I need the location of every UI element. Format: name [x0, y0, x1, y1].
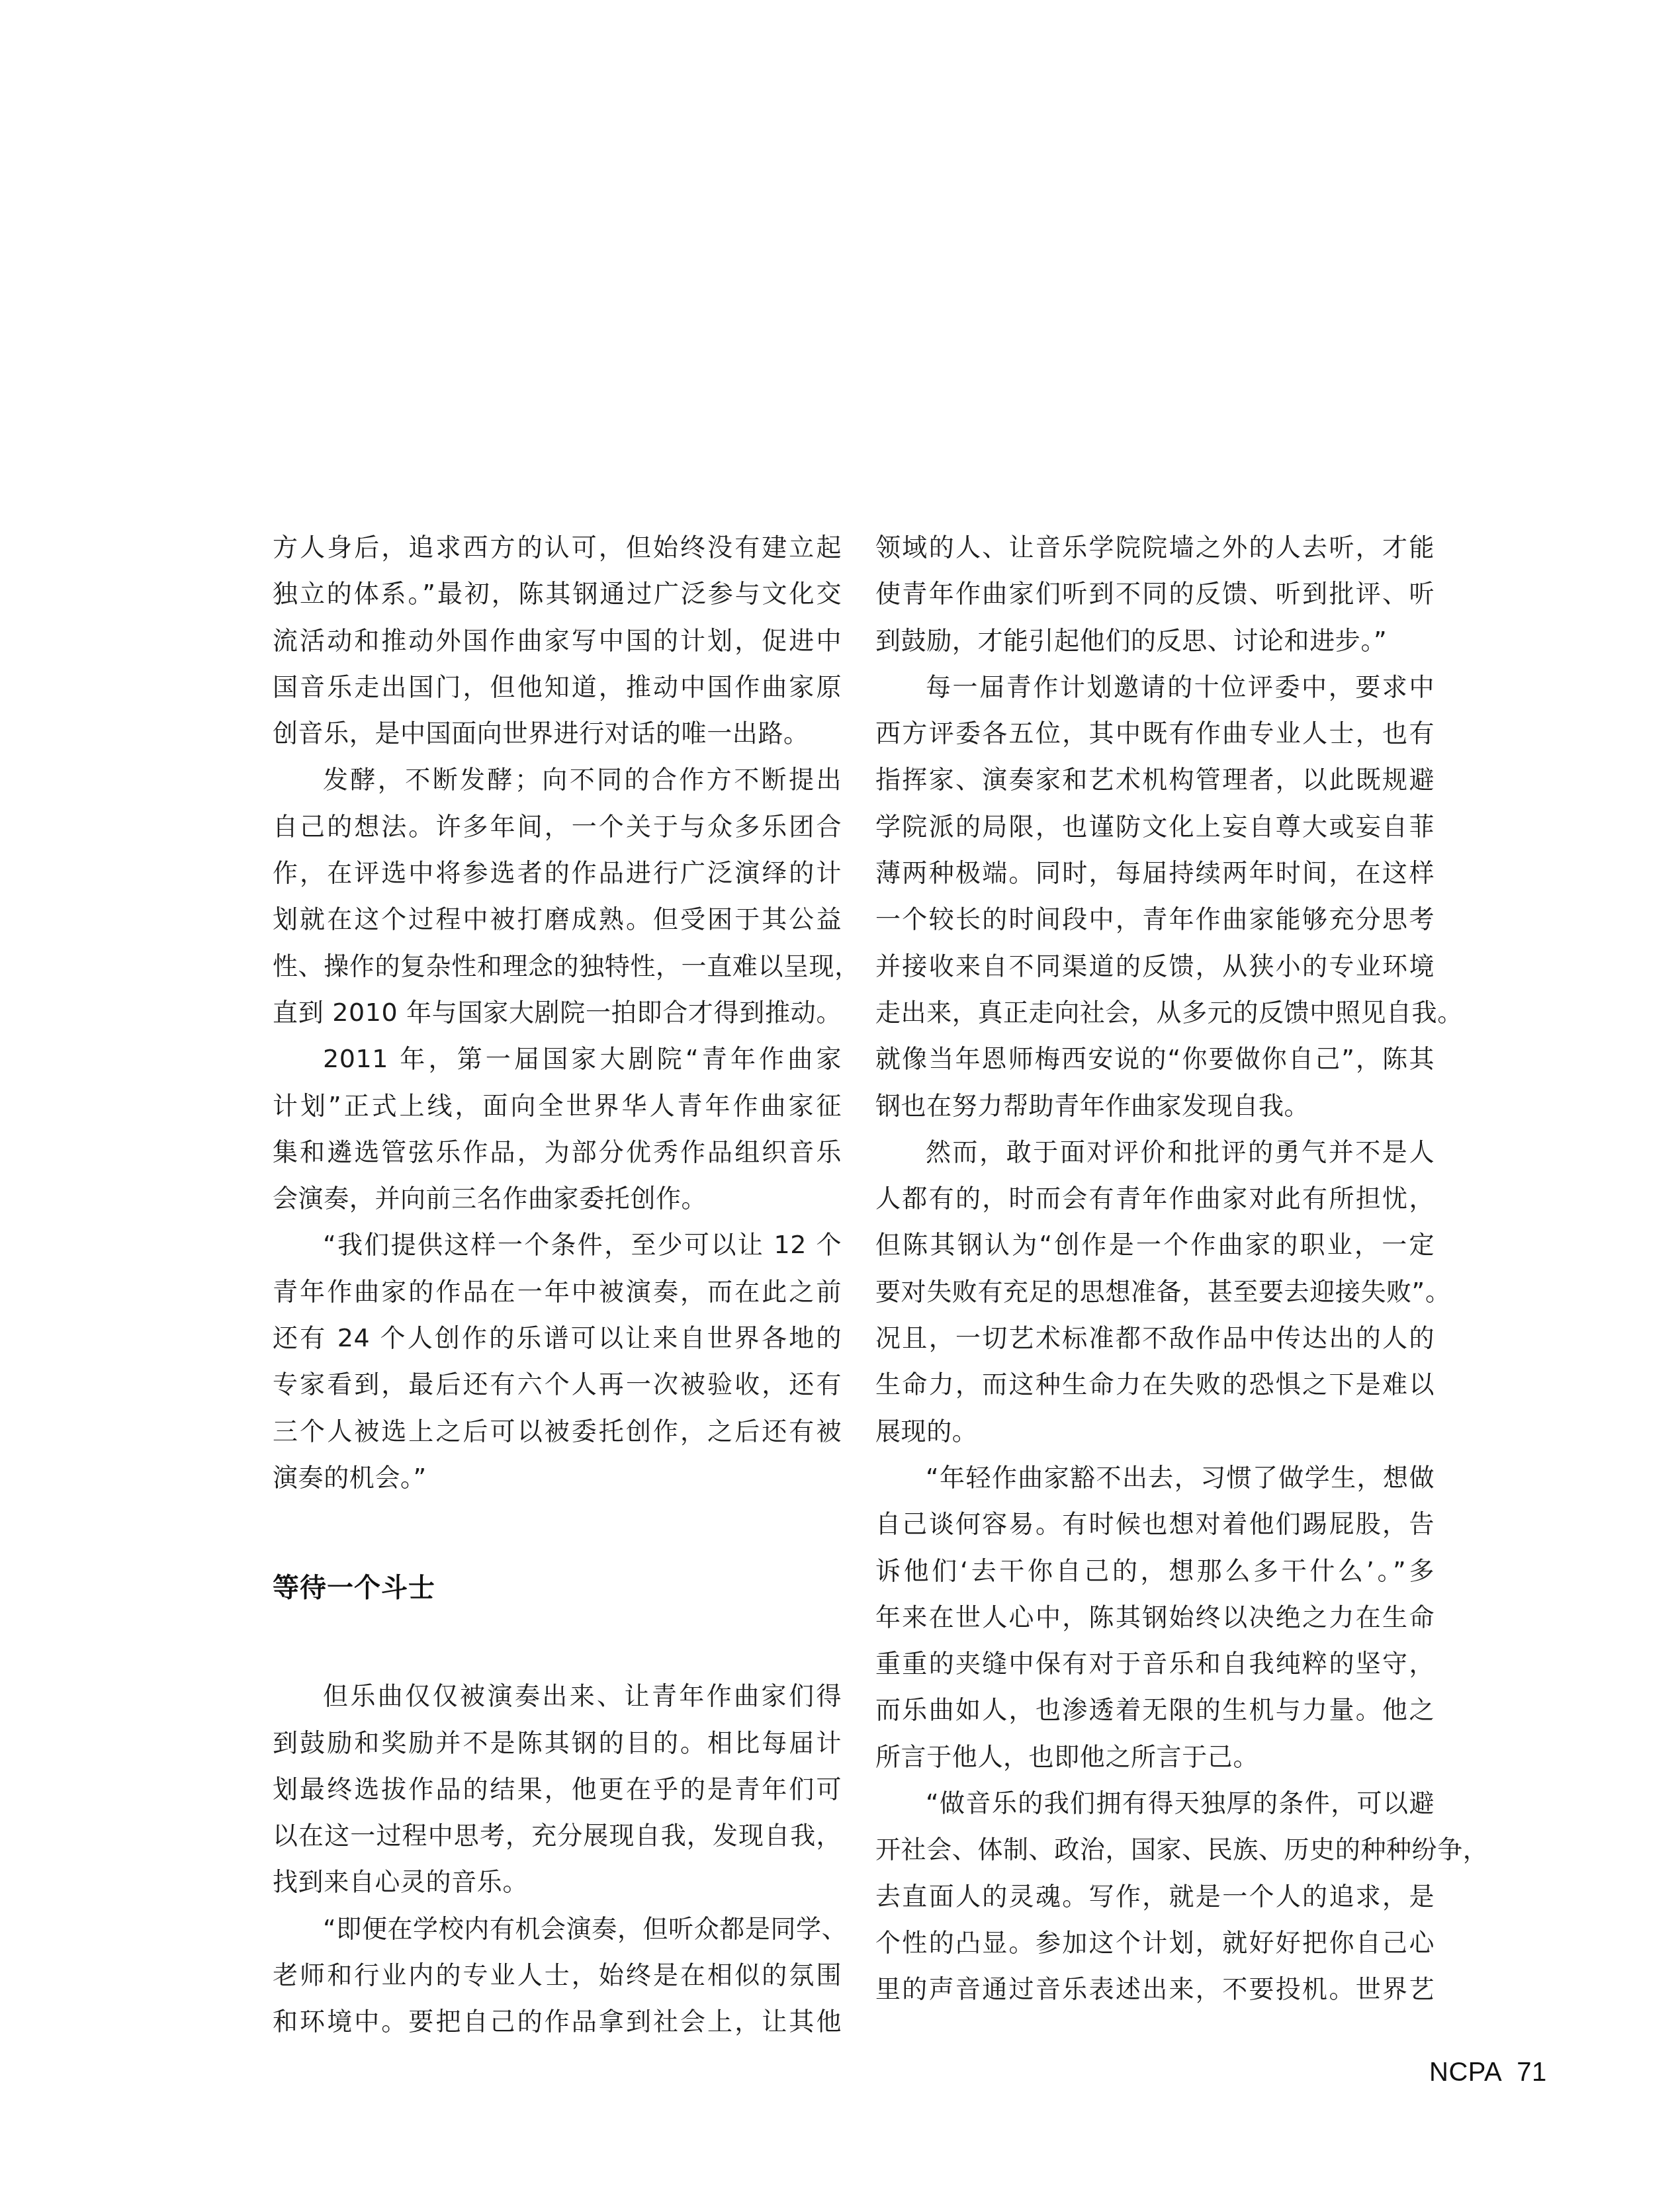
text-line: 创音乐，是中国面向世界进行对话的唯一出路。 [273, 710, 842, 756]
text-line: 专家看到，最后还有六个人再一次被验收，还有 [273, 1361, 842, 1407]
text-line: 方人身后，追求西方的认可，但始终没有建立起 [273, 524, 842, 570]
text-line: “我们提供这样一个条件，至少可以让 12 个 [273, 1221, 842, 1268]
section-heading: 等待一个斗士 [273, 1561, 842, 1614]
text-line: 但陈其钢认为“创作是一个作曲家的职业，一定 [875, 1221, 1435, 1268]
text-line: 集和遴选管弦乐作品，为部分优秀作品组织音乐 [273, 1129, 842, 1175]
text-line: 到鼓励和奖励并不是陈其钢的目的。相比每届计 [273, 1720, 842, 1766]
text-line: 使青年作曲家们听到不同的反馈、听到批评、听 [875, 570, 1435, 617]
text-line: 走出来，真正走向社会，从多元的反馈中照见自我。 [875, 989, 1435, 1035]
text-line: 发酵，不断发酵；向不同的合作方不断提出 [273, 756, 842, 803]
text-line: 个性的凸显。参加这个计划，就好好把你自己心 [875, 1919, 1435, 1966]
text-line: 划最终选拔作品的结果，他更在乎的是青年们可 [273, 1766, 842, 1812]
text-line: 里的声音通过音乐表述出来，不要投机。世界艺 [875, 1966, 1435, 2012]
left-column: 方人身后，追求西方的认可，但始终没有建立起 独立的体系。”最初，陈其钢通过广泛参… [273, 524, 842, 2045]
text-line: 性、操作的复杂性和理念的独特性，一直难以呈现， [273, 943, 842, 989]
text-line: 指挥家、演奏家和艺术机构管理者，以此既规避 [875, 756, 1435, 803]
text-line: 三个人被选上之后可以被委托创作，之后还有被 [273, 1408, 842, 1454]
text-line: 所言于他人，也即他之所言于己。 [875, 1733, 1435, 1780]
text-line: “即便在学校内有机会演奏，但听众都是同学、 [273, 1905, 842, 1952]
text-line: 独立的体系。”最初，陈其钢通过广泛参与文化交 [273, 570, 842, 617]
text-line: 2011 年，第一届国家大剧院“青年作曲家 [273, 1035, 842, 1082]
text-line: 流活动和推动外国作曲家写中国的计划，促进中 [273, 617, 842, 664]
text-line: 但乐曲仅仅被演奏出来、让青年作曲家们得 [273, 1673, 842, 1719]
text-line: 会演奏，并向前三名作曲家委托创作。 [273, 1175, 842, 1221]
text-line: 作，在评选中将参选者的作品进行广泛演绎的计 [273, 850, 842, 896]
text-line: 青年作曲家的作品在一年中被演奏，而在此之前 [273, 1268, 842, 1315]
right-column: 领域的人、让音乐学院院墙之外的人去听，才能 使青年作曲家们听到不同的反馈、听到批… [875, 524, 1435, 2013]
text-line: 并接收来自不同渠道的反馈，从狭小的专业环境 [875, 943, 1435, 989]
text-line: 薄两种极端。同时，每届持续两年时间，在这样 [875, 850, 1435, 896]
magazine-name: NCPA [1429, 2058, 1502, 2087]
text-line: 自己谈何容易。有时候也想对着他们踢屁股，告 [875, 1501, 1435, 1547]
spacer [273, 1614, 842, 1673]
text-line: 找到来自心灵的音乐。 [273, 1859, 842, 1905]
text-line: 自己的想法。许多年间，一个关于与众多乐团合 [273, 803, 842, 850]
text-line: 一个较长的时间段中，青年作曲家能够充分思考 [875, 896, 1435, 942]
text-line: 就像当年恩师梅西安说的“你要做你自己”，陈其 [875, 1035, 1435, 1082]
page-footer: NCPA71 [1429, 2056, 1547, 2089]
text-line: 演奏的机会。” [273, 1454, 842, 1501]
text-line: 然而，敢于面对评价和批评的勇气并不是人 [875, 1129, 1435, 1175]
text-line: 还有 24 个人创作的乐谱可以让来自世界各地的 [273, 1315, 842, 1361]
text-line: 人都有的，时而会有青年作曲家对此有所担忧， [875, 1175, 1435, 1221]
text-line: 而乐曲如人，也渗透着无限的生机与力量。他之 [875, 1686, 1435, 1733]
text-line: “年轻作曲家豁不出去，习惯了做学生，想做 [875, 1454, 1435, 1501]
text-line: 老师和行业内的专业人士，始终是在相似的氛围 [273, 1952, 842, 1998]
text-line: 直到 2010 年与国家大剧院一拍即合才得到推动。 [273, 989, 842, 1035]
text-line: 生命力，而这种生命力在失败的恐惧之下是难以 [875, 1361, 1435, 1407]
text-line: 计划”正式上线，面向全世界华人青年作曲家征 [273, 1082, 842, 1129]
text-line: 领域的人、让音乐学院院墙之外的人去听，才能 [875, 524, 1435, 570]
text-line: 学院派的局限，也谨防文化上妄自尊大或妄自菲 [875, 803, 1435, 850]
text-line: 和环境中。要把自己的作品拿到社会上，让其他 [273, 1998, 842, 2044]
magazine-page: 方人身后，追求西方的认可，但始终没有建立起 独立的体系。”最初，陈其钢通过广泛参… [0, 0, 1680, 2188]
text-line: 每一届青作计划邀请的十位评委中，要求中 [875, 664, 1435, 710]
text-line: 钢也在努力帮助青年作曲家发现自我。 [875, 1082, 1435, 1129]
text-line: 西方评委各五位，其中既有作曲专业人士，也有 [875, 710, 1435, 756]
text-line: 开社会、体制、政治，国家、民族、历史的种种纷争， [875, 1826, 1435, 1872]
text-line: 况且，一切艺术标准都不敌作品中传达出的人的 [875, 1315, 1435, 1361]
text-line: 去直面人的灵魂。写作，就是一个人的追求，是 [875, 1873, 1435, 1919]
text-line: 诉他们‘去干你自己的，想那么多干什么’。”多 [875, 1548, 1435, 1594]
page-number: 71 [1517, 2058, 1547, 2087]
text-line: 年来在世人心中，陈其钢始终以决绝之力在生命 [875, 1594, 1435, 1640]
text-line: 国音乐走出国门，但他知道，推动中国作曲家原 [273, 664, 842, 710]
text-line: 展现的。 [875, 1408, 1435, 1454]
text-line: 要对失败有充足的思想准备，甚至要去迎接失败”。 [875, 1268, 1435, 1315]
text-line: 划就在这个过程中被打磨成熟。但受困于其公益 [273, 896, 842, 942]
text-line: 重重的夹缝中保有对于音乐和自我纯粹的坚守， [875, 1640, 1435, 1686]
text-line: 以在这一过程中思考，充分展现自我，发现自我， [273, 1812, 842, 1859]
text-line: 到鼓励，才能引起他们的反思、讨论和进步。” [875, 617, 1435, 664]
spacer [273, 1501, 842, 1561]
text-line: “做音乐的我们拥有得天独厚的条件，可以避 [875, 1780, 1435, 1826]
